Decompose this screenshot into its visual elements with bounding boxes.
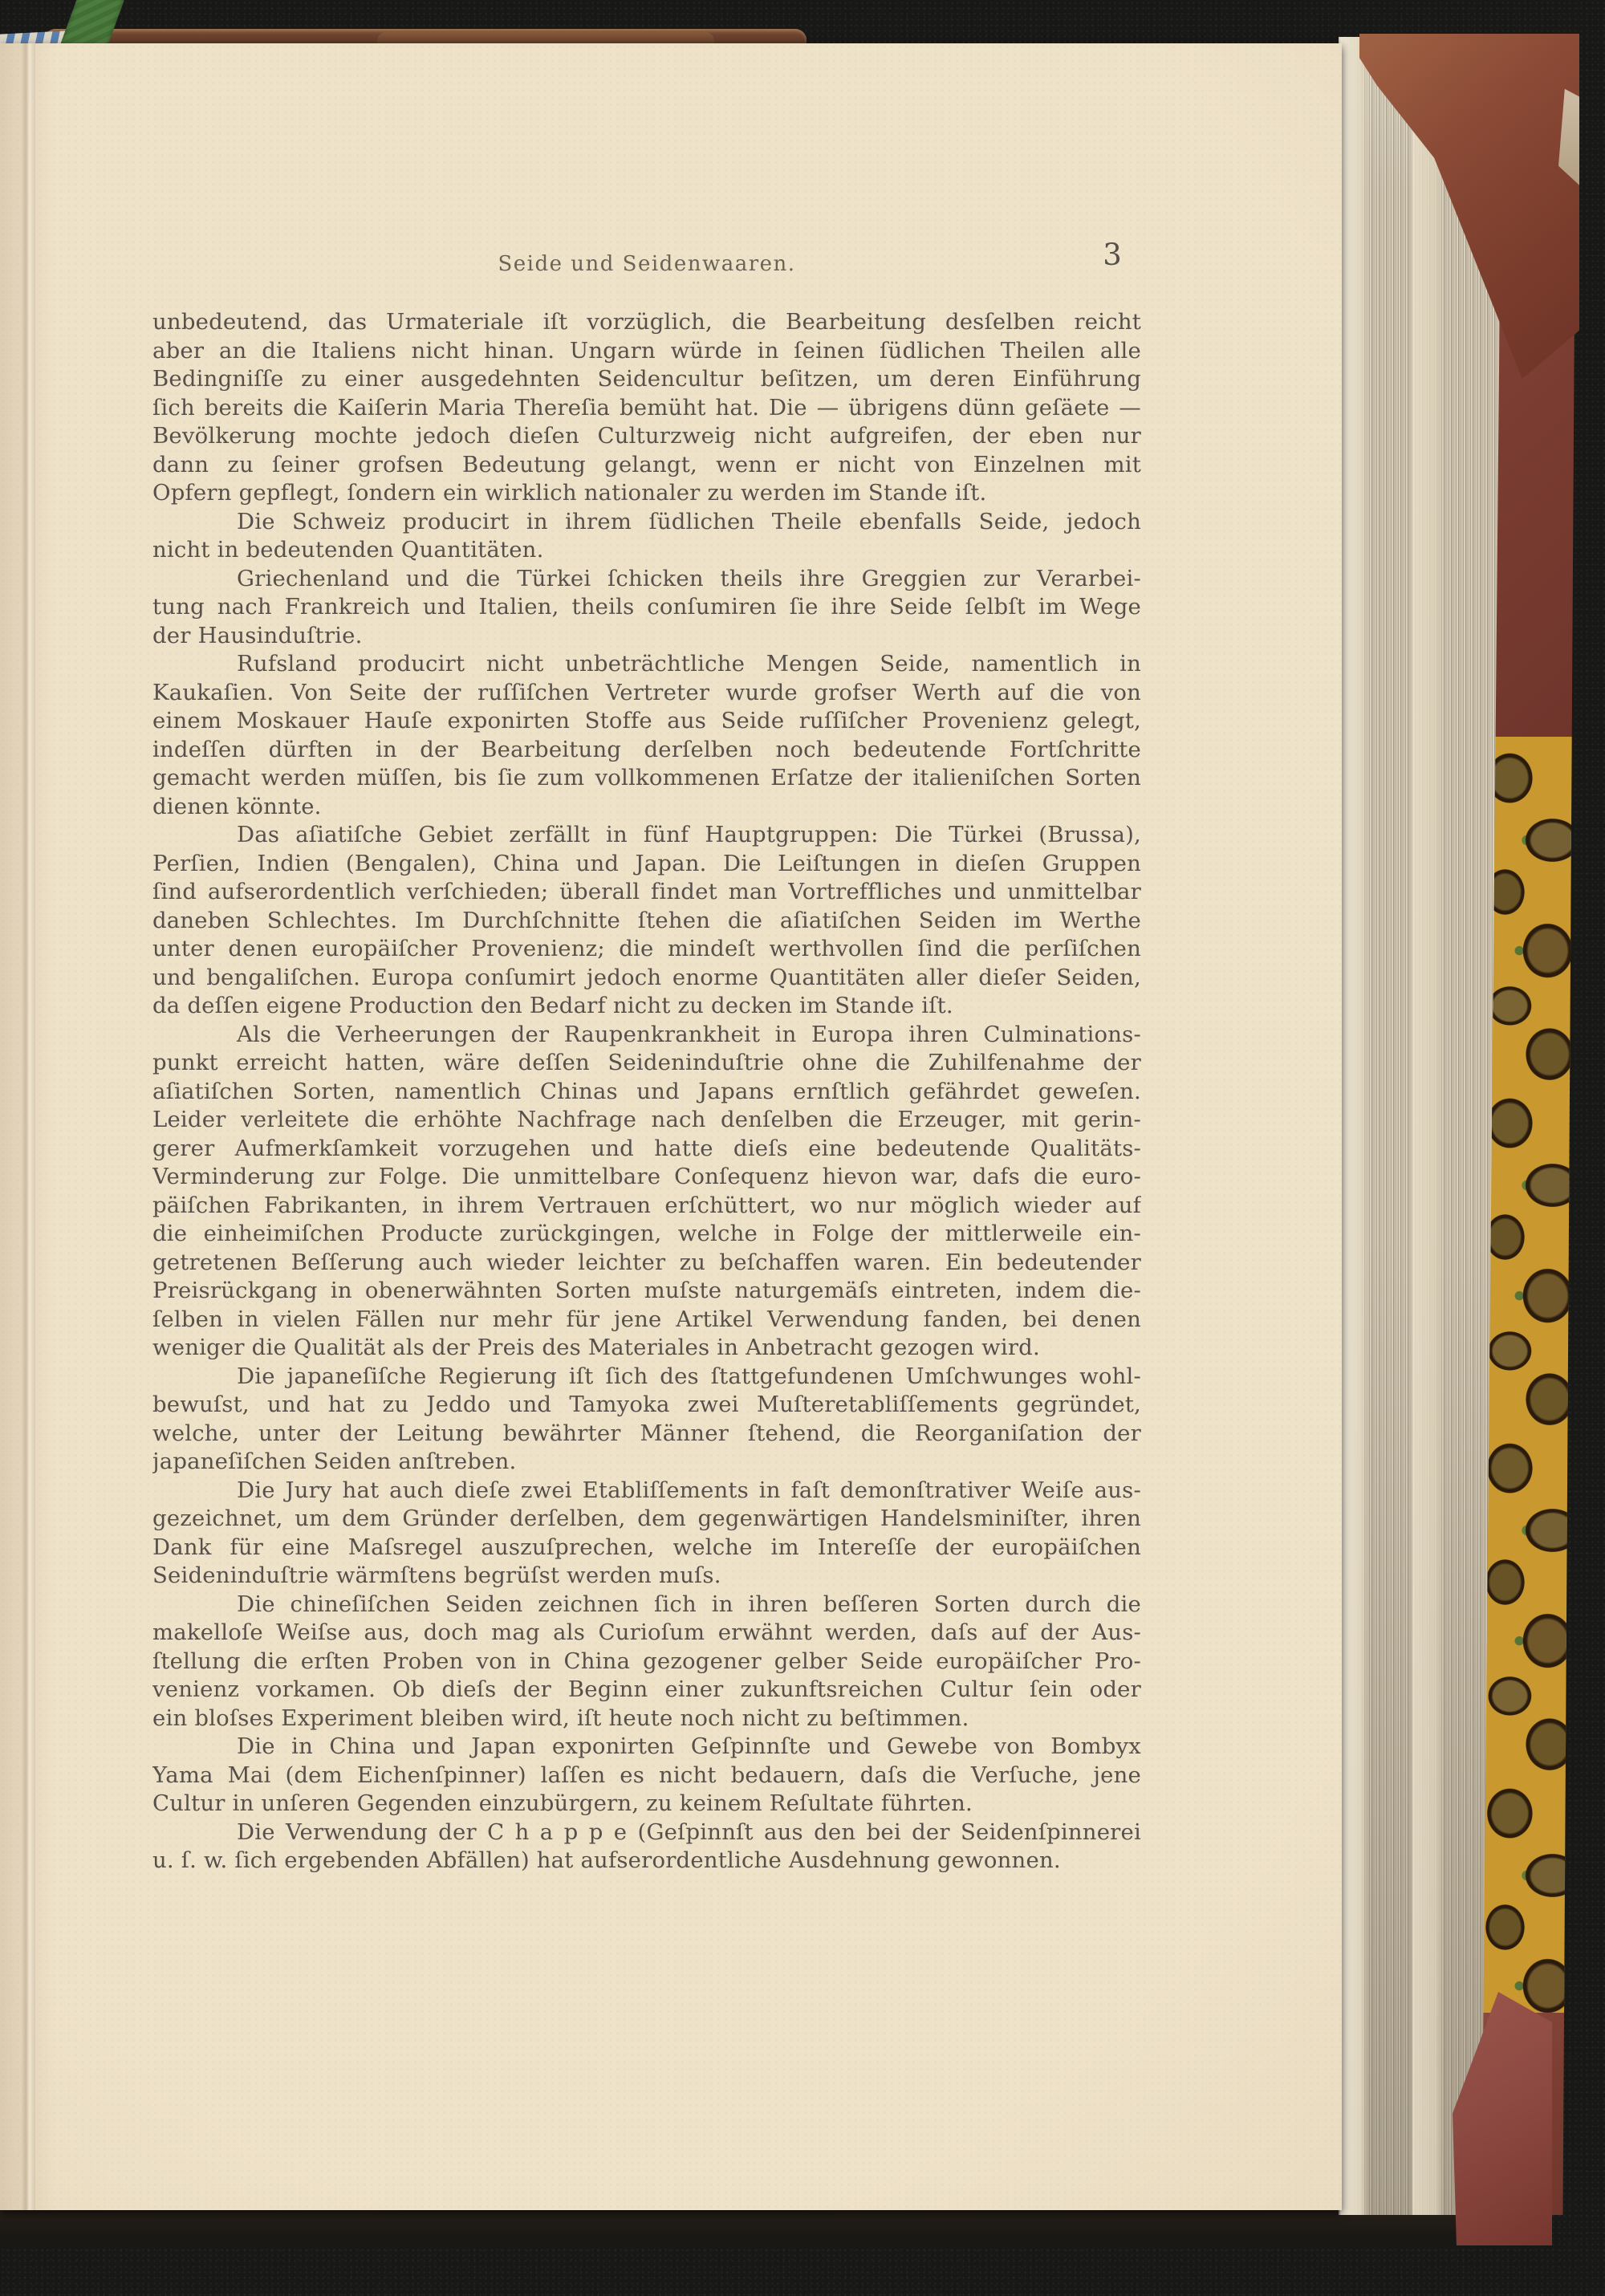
text-line: ſtellung die erſten Proben von in China … [152, 1648, 1141, 1676]
text-line: tung nach Frankreich und Italien, theils… [152, 593, 1141, 622]
text-line: unbedeutend, das Urmateriale iſt vorzügl… [152, 308, 1141, 337]
text-line: Kaukaſien. Von Seite der ruſſiſchen Vert… [152, 679, 1141, 708]
text-line: Dank für eine Maſsregel auszuſprechen, w… [152, 1534, 1141, 1562]
text-line: indeſſen dürften in der Bearbeitung derſ… [152, 736, 1141, 765]
text-line: Als die Verheerungen der Raupenkrankheit… [152, 1021, 1141, 1050]
paragraph: Als die Verheerungen der Raupenkrankheit… [152, 1021, 1141, 1363]
text-line: unter denen europäiſcher Provenienz; die… [152, 935, 1141, 964]
text-line: ſelben in vielen Fällen nur mehr für jen… [152, 1306, 1141, 1335]
text-line: dann zu ſeiner grofsen Bedeutung gelangt… [152, 451, 1141, 480]
text-line: weniger die Qualität als der Preis des M… [152, 1334, 1141, 1363]
paragraph: Die Verwendung der C h a p p e (Geſpinnſ… [152, 1819, 1141, 1875]
fore-edge-highlight [1340, 37, 1369, 2215]
text-line: Opfern gepflegt, ſondern ein wirklich na… [152, 479, 1141, 508]
paragraph: Das aſiatiſche Gebiet zerfällt in fünf H… [152, 821, 1141, 1021]
text-line: Das aſiatiſche Gebiet zerfällt in fünf H… [152, 821, 1141, 850]
text-line: aber an die Italiens nicht hinan. Ungarn… [152, 337, 1141, 366]
text-line: Bedingniſſe zu einer ausgedehnten Seiden… [152, 365, 1141, 394]
text-line: dienen könnte. [152, 793, 1141, 822]
text-line: Seideninduſtrie wärmſtens begrüſst werde… [152, 1562, 1141, 1591]
paragraph: Die Schweiz producirt in ihrem ſüdlichen… [152, 508, 1141, 565]
text-line: Cultur in unſeren Gegenden einzubürgern,… [152, 1790, 1141, 1819]
gutter-crease [21, 43, 35, 2210]
text-line: bewuſst, und hat zu Jeddo und Tamyoka zw… [152, 1391, 1141, 1420]
page-number: 3 [1088, 238, 1136, 273]
cover-marble-pattern [1481, 737, 1576, 2013]
text-line: Die Verwendung der C h a p p e (Geſpinnſ… [152, 1819, 1141, 1847]
text-line: nicht in bedeutenden Quantitäten. [152, 536, 1141, 565]
text-line: da deſſen eigene Production den Bedarf n… [152, 992, 1141, 1021]
text-line: die einheimiſchen Producte zurückgingen,… [152, 1220, 1141, 1249]
text-line: welche, unter der Leitung bewährter Männ… [152, 1420, 1141, 1449]
text-line: Die chineſiſchen Seiden zeichnen ſich in… [152, 1591, 1141, 1619]
text-line: japaneſiſchen Seiden anſtreben. [152, 1448, 1141, 1477]
fore-edge-highlight [1412, 37, 1444, 2215]
running-title: Seide und Seidenwaaren. [152, 250, 1141, 278]
text-line: Yama Mai (dem Eichenſpinner) laſſen es n… [152, 1762, 1141, 1790]
text-line: venienz vorkamen. Ob dieſs der Beginn ei… [152, 1676, 1141, 1705]
paragraph: Die in China und Japan exponirten Geſpin… [152, 1733, 1141, 1819]
text-line: ſind aufserordentlich verſchieden; übera… [152, 878, 1141, 907]
text-block: unbedeutend, das Urmateriale iſt vorzügl… [152, 308, 1141, 1875]
paragraph: Rufsland producirt nicht unbeträchtliche… [152, 650, 1141, 821]
text-line: makelloſe Weiſse aus, doch mag als Curio… [152, 1619, 1141, 1648]
text-line: Griechenland und die Türkei ſchicken the… [152, 565, 1141, 594]
text-line: der Hausinduſtrie. [152, 622, 1141, 651]
paragraph: Die japaneſiſche Regierung iſt ſich des … [152, 1363, 1141, 1477]
text-line: Die in China und Japan exponirten Geſpin… [152, 1733, 1141, 1762]
text-line: ſich bereits die Kaiſerin Maria Thereſia… [152, 394, 1141, 423]
text-line: getretenen Beſſerung auch wieder leichte… [152, 1249, 1141, 1278]
text-line: punkt erreicht hatten, wäre deſſen Seide… [152, 1049, 1141, 1078]
text-line: gezeichnet, um dem Gründer derſelben, de… [152, 1505, 1141, 1534]
text-line: Die Jury hat auch dieſe zwei Etabliſſeme… [152, 1477, 1141, 1506]
text-line: gemacht werden müſſen, bis ſie zum vollk… [152, 764, 1141, 793]
text-line: gerer Aufmerkſamkeit vorzugehen und hatt… [152, 1135, 1141, 1164]
text-line: Rufsland producirt nicht unbeträchtliche… [152, 650, 1141, 679]
text-line: Die Schweiz producirt in ihrem ſüdlichen… [152, 508, 1141, 537]
book-page: Seide und Seidenwaaren. 3 unbedeutend, d… [0, 43, 1342, 2210]
text-line: Leider verleitete die erhöhte Nachfrage … [152, 1106, 1141, 1135]
text-line: ein bloſses Experiment bleiben wird, iſt… [152, 1705, 1141, 1733]
text-line: Bevölkerung mochte jedoch dieſen Culturz… [152, 422, 1141, 451]
text-line: Preisrückgang in obenerwähnten Sorten mu… [152, 1277, 1141, 1306]
text-line: aſiatiſchen Sorten, namentlich Chinas un… [152, 1078, 1141, 1107]
paragraph: unbedeutend, das Urmateriale iſt vorzügl… [152, 308, 1141, 508]
book-scan-canvas: Seide und Seidenwaaren. 3 unbedeutend, d… [0, 0, 1605, 2296]
paragraph: Die Jury hat auch dieſe zwei Etabliſſeme… [152, 1477, 1141, 1591]
text-line: päiſchen Fabrikanten, in ihrem Vertrauen… [152, 1192, 1141, 1221]
text-line: Perſien, Indien (Bengalen), China und Ja… [152, 850, 1141, 879]
paragraph: Griechenland und die Türkei ſchicken the… [152, 565, 1141, 651]
text-line: u. ſ. w. ſich ergebenden Abfällen) hat a… [152, 1847, 1141, 1875]
text-line: und bengaliſchen. Europa conſumirt jedoc… [152, 964, 1141, 993]
text-line: Die japaneſiſche Regierung iſt ſich des … [152, 1363, 1141, 1392]
text-line: einem Moskauer Hauſe exponirten Stoffe a… [152, 707, 1141, 736]
text-line: daneben Schlechtes. Im Durchſchnitte ſte… [152, 907, 1141, 936]
text-line: Verminderung zur Folge. Die unmittelbare… [152, 1163, 1141, 1192]
paragraph: Die chineſiſchen Seiden zeichnen ſich in… [152, 1591, 1141, 1733]
